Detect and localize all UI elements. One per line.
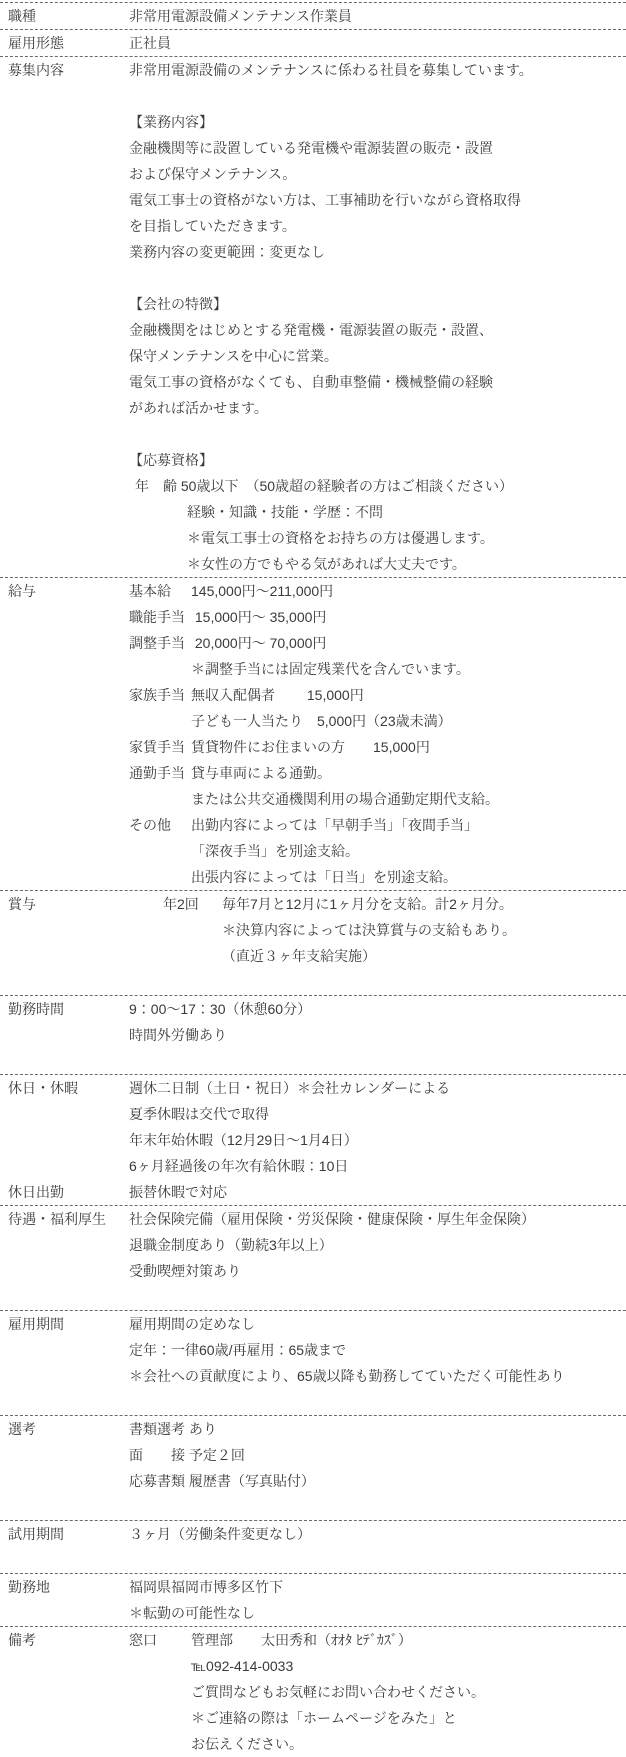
content-line: ＊電気工事士の資格をお持ちの方は優遇します。: [129, 525, 622, 551]
row-content-cell: 福岡県福岡市博多区竹下＊転勤の可能性なし: [129, 1574, 626, 1626]
content-line: その他出勤内容によっては「早朝手当」「夜間手当」: [129, 812, 622, 838]
row-content-cell: ３ヶ月（労働条件変更なし）: [129, 1521, 626, 1573]
content-line: 調整手当 20,000円～ 70,000円: [129, 630, 622, 656]
line-text: 貸与車両による通勤。: [191, 760, 622, 786]
row-content-cell: 非常用電源設備メンテナンス作業員: [129, 3, 626, 29]
content-line: 応募書類 履歴書（写真貼付）: [129, 1468, 622, 1494]
row-label: 休日・休暇: [8, 1075, 129, 1101]
content-line: ＊女性の方でもやる気があれば大丈夫です。: [129, 551, 622, 577]
row-label: 賞与: [8, 891, 129, 917]
row-label: 職種: [8, 3, 129, 29]
content-line: 窓口管理部 太田秀和（ｵｵﾀ ﾋﾃﾞｶｽﾞ）: [129, 1627, 622, 1653]
content-line: ＊決算内容によっては決算賞与の支給もあり。: [129, 917, 622, 943]
content-line: 年2回毎年7月と12月に1ヶ月分を支給。計2ヶ月分。: [129, 891, 622, 917]
row-content-cell: 社会保険完備（雇用保険・労災保険・健康保険・厚生年金保険）退職金制度あり（勤続3…: [129, 1206, 626, 1310]
content-line: 退職金制度あり（勤続3年以上）: [129, 1232, 622, 1258]
content-line: ３ヶ月（労働条件変更なし）: [129, 1521, 622, 1547]
line-text: 出勤内容によっては「早朝手当」「夜間手当」: [191, 812, 622, 838]
row-label: 試用期間: [8, 1521, 129, 1547]
row-sublabel: 休日出勤: [8, 1179, 129, 1205]
row-label: 雇用形態: [8, 30, 129, 56]
content-line: 正社員: [129, 30, 622, 56]
content-line: ＊転勤の可能性なし: [129, 1600, 622, 1626]
sub-label: 職能手当: [129, 604, 191, 630]
content-line: 家族手当無収入配偶者 15,000円: [129, 682, 622, 708]
line-text: 20,000円～ 70,000円: [191, 630, 622, 656]
row-label-cell: 募集内容: [0, 57, 129, 577]
row-label: 給与: [8, 578, 129, 604]
row-label: 待遇・福利厚生: [8, 1206, 129, 1232]
row-label-cell: 備考: [0, 1627, 129, 1757]
sub-label: 通勤手当: [129, 760, 191, 786]
content-line: [129, 1284, 622, 1310]
row-label-cell: 雇用形態: [0, 30, 129, 56]
table-row: 勤務地福岡県福岡市博多区竹下＊転勤の可能性なし: [0, 1573, 626, 1626]
line-text: 賃貸物件にお住まいの方 15,000円: [191, 734, 622, 760]
row-content-cell: 基本給145,000円～211,000円職能手当 15,000円～ 35,000…: [129, 578, 626, 890]
line-text: 子ども一人当たり 5,000円（23歳未満）: [191, 708, 622, 734]
content-line: ＊会社への貢献度により、65歳以降も勤務してていただく可能性あり: [129, 1363, 622, 1389]
table-row: 職種非常用電源設備メンテナンス作業員: [0, 2, 626, 29]
line-text: ＊調整手当には固定残業代を含んでいます。: [191, 656, 622, 682]
content-line: 保守メンテナンスを中心に営業。: [129, 343, 622, 369]
row-label-cell: 待遇・福利厚生: [0, 1206, 129, 1310]
row-content-cell: 週休二日制（土日・祝日）＊会社カレンダーによる夏季休暇は交代で取得年末年始休暇（…: [129, 1075, 626, 1205]
line-text: ＊決算内容によっては決算賞与の支給もあり。: [222, 917, 622, 943]
table-row: 備考窓口管理部 太田秀和（ｵｵﾀ ﾋﾃﾞｶｽﾞ）℡092-414-0033ご質問…: [0, 1626, 626, 1757]
content-line: 年 齢 50歳以下 （50歳超の経験者の方はご相談ください）: [129, 473, 622, 499]
line-text: ご質問などもお気軽にお問い合わせください。: [191, 1679, 622, 1705]
row-label: 募集内容: [8, 57, 129, 83]
content-line: [129, 265, 622, 291]
row-label-cell: 賞与: [0, 891, 129, 995]
line-text: 15,000円～ 35,000円: [191, 604, 622, 630]
row-label: 勤務地: [8, 1574, 129, 1600]
line-text: または公共交通機関利用の場合通勤定期代支給。: [191, 786, 622, 812]
content-line: 家賃手当賃貸物件にお住まいの方 15,000円: [129, 734, 622, 760]
table-row: 待遇・福利厚生社会保険完備（雇用保険・労災保険・健康保険・厚生年金保険）退職金制…: [0, 1205, 626, 1310]
content-line: 金融機関等に設置している発電機や電源装置の販売・設置: [129, 135, 622, 161]
table-row: 試用期間３ヶ月（労働条件変更なし）: [0, 1520, 626, 1573]
line-text: 「深夜手当」を別途支給。: [191, 838, 622, 864]
sub-label: 調整手当: [129, 630, 191, 656]
sub-label: 窓口: [129, 1627, 191, 1653]
content-line: 9：00～17：30（休憩60分）: [129, 996, 622, 1022]
content-line: 雇用期間の定めなし: [129, 1311, 622, 1337]
sub-label: 基本給: [129, 578, 191, 604]
content-line: [129, 1048, 622, 1074]
job-posting-table: 職種非常用電源設備メンテナンス作業員雇用形態正社員募集内容非常用電源設備のメンテ…: [0, 0, 626, 1757]
row-content-cell: 9：00～17：30（休憩60分）時間外労働あり: [129, 996, 626, 1074]
content-line: 福岡県福岡市博多区竹下: [129, 1574, 622, 1600]
content-line: 子ども一人当たり 5,000円（23歳未満）: [129, 708, 622, 734]
content-line: [129, 83, 622, 109]
content-line: 非常用電源設備のメンテナンスに係わる社員を募集しています。: [129, 57, 622, 83]
line-text: （直近３ヶ年支給実施）: [222, 943, 622, 969]
row-content-cell: 年2回毎年7月と12月に1ヶ月分を支給。計2ヶ月分。＊決算内容によっては決算賞与…: [129, 891, 626, 995]
row-label: 備考: [8, 1627, 129, 1653]
content-line: 基本給145,000円～211,000円: [129, 578, 622, 604]
line-text: 管理部 太田秀和（ｵｵﾀ ﾋﾃﾞｶｽﾞ）: [191, 1627, 622, 1653]
content-line: 時間外労働あり: [129, 1022, 622, 1048]
content-line: ℡092-414-0033: [129, 1653, 622, 1679]
content-line: 業務内容の変更範囲：変更なし: [129, 239, 622, 265]
content-line: 受動喫煙対策あり: [129, 1258, 622, 1284]
row-content-cell: 窓口管理部 太田秀和（ｵｵﾀ ﾋﾃﾞｶｽﾞ）℡092-414-0033ご質問など…: [129, 1627, 626, 1757]
content-line: 出張内容によっては「日当」を別途支給。: [129, 864, 622, 890]
content-line: 面 接 予定２回: [129, 1442, 622, 1468]
row-label: 勤務時間: [8, 996, 129, 1022]
content-line: 電気工事士の資格がない方は、工事補助を行いながら資格取得: [129, 187, 622, 213]
content-line: [129, 421, 622, 447]
row-content-cell: 雇用期間の定めなし定年：一律60歳/再雇用：65歳まで＊会社への貢献度により、6…: [129, 1311, 626, 1415]
table-row: 選考書類選考 あり面 接 予定２回応募書類 履歴書（写真貼付）: [0, 1415, 626, 1520]
content-line: 【応募資格】: [129, 447, 622, 473]
content-line: ご質問などもお気軽にお問い合わせください。: [129, 1679, 622, 1705]
content-line: 電気工事の資格がなくても、自動車整備・機械整備の経験: [129, 369, 622, 395]
content-line: ＊調整手当には固定残業代を含んでいます。: [129, 656, 622, 682]
table-row: 休日・休暇休日出勤週休二日制（土日・祝日）＊会社カレンダーによる夏季休暇は交代で…: [0, 1074, 626, 1205]
row-label-cell: 試用期間: [0, 1521, 129, 1573]
content-line: 非常用電源設備メンテナンス作業員: [129, 3, 622, 29]
content-line: 振替休暇で対応: [129, 1179, 622, 1205]
content-line: または公共交通機関利用の場合通勤定期代支給。: [129, 786, 622, 812]
content-line: ＊ご連絡の際は「ホームページをみた」と: [129, 1705, 622, 1731]
row-label-cell: 給与: [0, 578, 129, 890]
line-text: 145,000円～211,000円: [191, 578, 622, 604]
row-label-cell: 休日・休暇休日出勤: [0, 1075, 129, 1205]
line-text: 無収入配偶者 15,000円: [191, 682, 622, 708]
content-line: 【会社の特徴】: [129, 291, 622, 317]
content-line: 職能手当 15,000円～ 35,000円: [129, 604, 622, 630]
table-row: 雇用期間雇用期間の定めなし定年：一律60歳/再雇用：65歳まで＊会社への貢献度に…: [0, 1310, 626, 1415]
row-content-cell: 非常用電源設備のメンテナンスに係わる社員を募集しています。 【業務内容】金融機関…: [129, 57, 626, 577]
content-line: 金融機関をはじめとする発電機・電源装置の販売・設置、: [129, 317, 622, 343]
content-line: [129, 969, 622, 995]
sub-label: 年2回: [129, 891, 222, 917]
content-line: お伝えください。: [129, 1731, 622, 1757]
content-line: 6ヶ月経過後の年次有給休暇：10日: [129, 1153, 622, 1179]
content-line: [129, 1389, 622, 1415]
content-line: 年末年始休暇（12月29日～1月4日）: [129, 1127, 622, 1153]
content-line: [129, 1494, 622, 1520]
sub-label: 家賃手当: [129, 734, 191, 760]
line-text: お伝えください。: [191, 1731, 622, 1757]
content-line: 定年：一律60歳/再雇用：65歳まで: [129, 1337, 622, 1363]
sub-label: その他: [129, 812, 191, 838]
row-label: 選考: [8, 1416, 129, 1442]
table-row: 勤務時間9：00～17：30（休憩60分）時間外労働あり: [0, 995, 626, 1074]
line-text: 毎年7月と12月に1ヶ月分を支給。計2ヶ月分。: [222, 891, 622, 917]
row-label-cell: 選考: [0, 1416, 129, 1520]
row-label: 雇用期間: [8, 1311, 129, 1337]
table-row: 雇用形態正社員: [0, 29, 626, 56]
content-line: 経験・知識・技能・学歴：不問: [129, 499, 622, 525]
row-content-cell: 書類選考 あり面 接 予定２回応募書類 履歴書（写真貼付）: [129, 1416, 626, 1520]
content-line: [129, 1547, 622, 1573]
line-text: ＊ご連絡の際は「ホームページをみた」と: [191, 1705, 622, 1731]
line-text: 出張内容によっては「日当」を別途支給。: [191, 864, 622, 890]
content-line: 夏季休暇は交代で取得: [129, 1101, 622, 1127]
row-label-cell: 職種: [0, 3, 129, 29]
row-label-cell: 勤務地: [0, 1574, 129, 1626]
row-label-cell: 雇用期間: [0, 1311, 129, 1415]
content-line: 【業務内容】: [129, 109, 622, 135]
line-text: ℡092-414-0033: [191, 1653, 622, 1679]
sub-label: 家族手当: [129, 682, 191, 708]
content-line: および保守メンテナンス。: [129, 161, 622, 187]
content-line: 通勤手当貸与車両による通勤。: [129, 760, 622, 786]
row-label-cell: 勤務時間: [0, 996, 129, 1074]
row-content-cell: 正社員: [129, 30, 626, 56]
table-row: 給与基本給145,000円～211,000円職能手当 15,000円～ 35,0…: [0, 577, 626, 890]
content-line: 書類選考 あり: [129, 1416, 622, 1442]
content-line: があれば活かせます。: [129, 395, 622, 421]
content-line: （直近３ヶ年支給実施）: [129, 943, 622, 969]
table-row: 募集内容非常用電源設備のメンテナンスに係わる社員を募集しています。 【業務内容】…: [0, 56, 626, 577]
table-row: 賞与年2回毎年7月と12月に1ヶ月分を支給。計2ヶ月分。＊決算内容によっては決算…: [0, 890, 626, 995]
content-line: 週休二日制（土日・祝日）＊会社カレンダーによる: [129, 1075, 622, 1101]
content-line: を目指していただきます。: [129, 213, 622, 239]
content-line: 社会保険完備（雇用保険・労災保険・健康保険・厚生年金保険）: [129, 1206, 622, 1232]
content-line: 「深夜手当」を別途支給。: [129, 838, 622, 864]
